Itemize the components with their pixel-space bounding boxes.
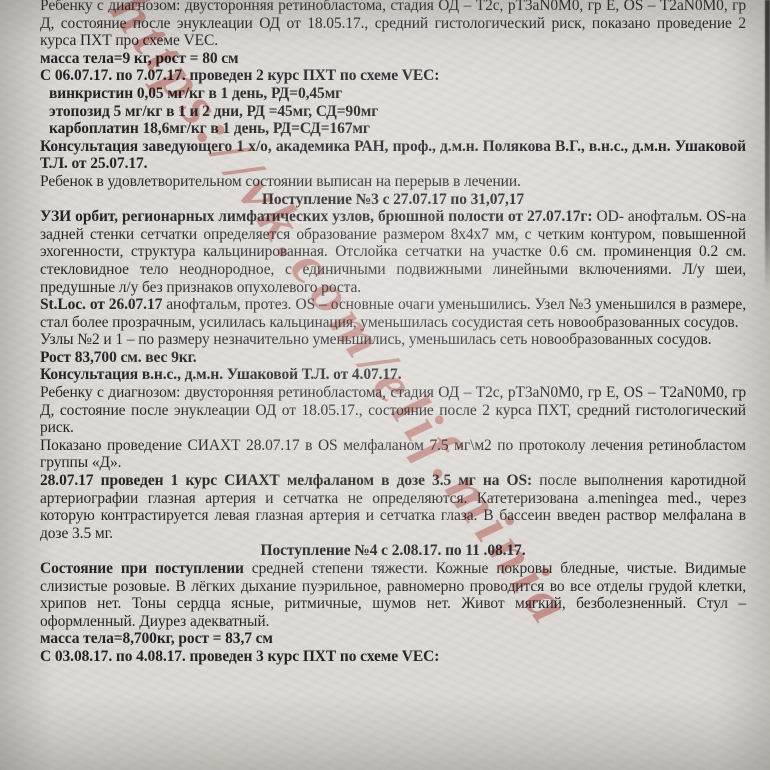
bold-text-segment: этопозид 5 мг/кг в 1 и 2 дни, РД =45мг, … bbox=[49, 103, 378, 120]
text-block-4: винкристин 0,05 мг/кг в 1 день, РД=0,45м… bbox=[40, 85, 746, 103]
document-body: Ребенку с диагнозом: двусторонняя ретино… bbox=[40, 0, 746, 666]
scanned-document-photo: Ребенку с диагнозом: двусторонняя ретино… bbox=[0, 0, 770, 770]
text-block-12: Узлы №2 и 1 – по размеру незначительно у… bbox=[40, 331, 746, 349]
text-block-3: С 06.07.17. по 7.07.17. проведен 2 курс … bbox=[40, 67, 746, 85]
text-segment: Узлы №2 и 1 – по размеру незначительно у… bbox=[40, 331, 711, 348]
text-block-10: УЗИ орбит, регионарных лимфатических узл… bbox=[40, 208, 746, 296]
bold-text-segment: Рост 83,700 см. вес 9кг. bbox=[40, 349, 197, 366]
bold-text-segment: карбоплатин 18,6мг/кг в 1 день, РД=СД=16… bbox=[49, 120, 370, 137]
bold-text-segment: Консультация заведующего 1 х/о, академик… bbox=[40, 138, 746, 173]
bold-text-segment: масса тела=8,700кг, рост = 83,7 см bbox=[40, 630, 273, 647]
text-block-16: Показано проведение СИАХТ 28.07.17 в OS … bbox=[40, 437, 746, 472]
text-block-7: Консультация заведующего 1 х/о, академик… bbox=[40, 138, 746, 173]
text-segment: Ребенок в удовлетворительном состоянии в… bbox=[40, 173, 521, 190]
text-block-15: Ребенку с диагнозом: двусторонняя ретино… bbox=[40, 384, 746, 437]
text-block-11: St.Loc. от 26.07.17 анофтальм, протез. O… bbox=[40, 296, 746, 331]
bold-text-segment: Консультация в.н.с., д.м.н. Ушаковой Т.Л… bbox=[40, 366, 401, 383]
text-block-2: масса тела=9 кг, рост = 80 см bbox=[40, 50, 746, 68]
bold-text-segment: Поступление №4 с 2.08.17. по 11 .08.17. bbox=[261, 542, 526, 559]
photo-edge-shadow bbox=[765, 0, 770, 292]
bold-text-segment: винкристин 0,05 мг/кг в 1 день, РД=0,45м… bbox=[49, 85, 342, 102]
text-block-9: Поступление №3 с 27.07.17 по 31,07,17 bbox=[40, 191, 746, 209]
text-block-17: 28.07.17 проведен 1 курс СИАХТ мелфалано… bbox=[40, 472, 746, 542]
text-block-19: Состояние при поступлении средней степен… bbox=[40, 560, 746, 630]
bold-text-segment: Поступление №3 с 27.07.17 по 31,07,17 bbox=[262, 191, 524, 208]
text-block-18: Поступление №4 с 2.08.17. по 11 .08.17. bbox=[40, 542, 746, 560]
document-page: Ребенку с диагнозом: двусторонняя ретино… bbox=[0, 0, 770, 770]
text-segment: Ребенку с диагнозом: двусторонняя ретино… bbox=[40, 0, 746, 49]
bold-text-segment: масса тела=9 кг, рост = 80 см bbox=[40, 50, 239, 67]
bold-text-segment: St.Loc. от 26.07.17 bbox=[40, 296, 162, 313]
bold-text-segment: С 03.08.17. по 4.08.17. проведен 3 курс … bbox=[40, 648, 439, 665]
text-block-6: карбоплатин 18,6мг/кг в 1 день, РД=СД=16… bbox=[40, 120, 746, 138]
text-segment: Ребенку с диагнозом: двусторонняя ретино… bbox=[40, 384, 746, 436]
bold-text-segment: С 06.07.17. по 7.07.17. проведен 2 курс … bbox=[40, 67, 439, 84]
text-block-5: этопозид 5 мг/кг в 1 и 2 дни, РД =45мг, … bbox=[40, 103, 746, 121]
text-block-13: Рост 83,700 см. вес 9кг. bbox=[40, 349, 746, 367]
bold-text-segment: УЗИ орбит, регионарных лимфатических узл… bbox=[40, 208, 592, 225]
text-block-21: С 03.08.17. по 4.08.17. проведен 3 курс … bbox=[40, 648, 746, 666]
bold-text-segment: Состояние при поступлении bbox=[40, 560, 244, 577]
text-block-20: масса тела=8,700кг, рост = 83,7 см bbox=[40, 630, 746, 648]
bold-text-segment: 28.07.17 проведен 1 курс СИАХТ мелфалано… bbox=[40, 472, 532, 489]
text-block-1: Ребенку с диагнозом: двусторонняя ретино… bbox=[40, 0, 746, 50]
text-segment: Показано проведение СИАХТ 28.07.17 в OS … bbox=[40, 437, 746, 472]
text-block-14: Консультация в.н.с., д.м.н. Ушаковой Т.Л… bbox=[40, 366, 746, 384]
text-block-8: Ребенок в удовлетворительном состоянии в… bbox=[40, 173, 746, 191]
